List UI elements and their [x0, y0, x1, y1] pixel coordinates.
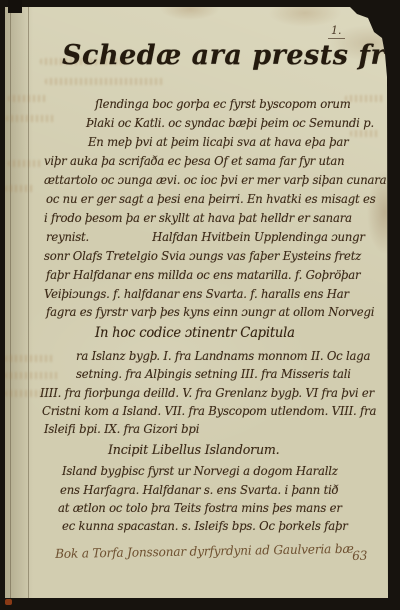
manuscript-line: sonr Olafs Tretelgio Svia ɔungs vas faþe… [44, 249, 361, 263]
manuscript-line: Island bygþisc fyrst ur Norvegi a dogom … [62, 464, 338, 478]
incipit-heading: Incipit Libellus Islandorum. [108, 443, 279, 458]
capitula-heading: In hoc codice ɔtinentr Capitula [95, 325, 295, 341]
folio-number: 1. [328, 24, 345, 39]
manuscript-line: at ætlon oc tolo þra Teits fostra mins þ… [58, 501, 342, 515]
manuscript-line: reynist. Halfdan Hvitbein Upplendinga ɔu… [46, 230, 365, 244]
bleedthrough-mark [6, 115, 56, 122]
photo-edge-notch [8, 0, 22, 13]
bleedthrough-mark [8, 160, 42, 167]
manuscript-line: viþr auka þa scrifaða ec þesa Of et sama… [44, 154, 344, 168]
manuscript-line: i frodo þesom þa er skyllt at hava þat h… [44, 211, 352, 225]
page-title: Schedæ ara prests froda [62, 40, 400, 71]
provenance-number: 63 [352, 548, 367, 563]
manuscript-line: Þlaki oc Katli. oc syndac bæþi þeim oc S… [86, 116, 374, 130]
manuscript-line: ec kunna spacastan. s. Isleifs bps. Oc þ… [62, 519, 348, 533]
capitula-line: Isleifi bpi. IX. fra Gizori bpi [44, 422, 199, 436]
manuscript-line: oc nu er ger sagt a þesi ena þeirri. En … [46, 192, 375, 206]
parchment-page: 1. Schedæ ara prests froda ſlendinga boc… [5, 7, 390, 598]
bleedthrough-mark [5, 390, 45, 397]
capitula-line: ra Islanz bygþ. I. fra Landnams monnom I… [76, 349, 370, 363]
capitula-line: setning. fra Alþingis setning III. fra M… [76, 367, 351, 381]
bleedthrough-mark [45, 78, 165, 85]
manuscript-line: ættartolo oc ɔunga ævi. oc ioc þvi er me… [44, 173, 386, 187]
bleedthrough-mark [8, 95, 48, 102]
bleedthrough-mark [5, 372, 60, 379]
red-mark [5, 599, 12, 605]
manuscript-line: Veiþiɔungs. f. halfdanar ens Svarta. f. … [44, 287, 349, 301]
bleedthrough-mark [5, 185, 35, 192]
manuscript-line: ens Harfagra. Halfdanar s. ens Svarta. i… [60, 483, 338, 497]
bleedthrough-mark [345, 95, 385, 102]
manuscript-line: faþr Halfdanar ens millda oc ens mataril… [46, 268, 360, 282]
bleedthrough-mark [350, 130, 380, 137]
bleedthrough-mark [5, 355, 55, 362]
capitula-line: IIII. fra fiorþunga deilld. V. fra Grenl… [40, 386, 374, 400]
manuscript-line: fagra es fyrstr varþ þes kyns einn ɔungr… [46, 305, 374, 319]
manuscript-photo: 1. Schedæ ara prests froda ſlendinga boc… [0, 0, 400, 610]
manuscript-line: ſlendinga boc gorþa ec fyrst byscopom or… [95, 97, 351, 111]
capitula-line: Cristni kom a Island. VII. fra Byscopom … [42, 404, 376, 418]
manuscript-line: En meþ þvi at þeim licaþi sva at hava eþ… [88, 135, 348, 149]
provenance-note: Bok a Torfa Jonssonar dyrfyrdyni ad Gaul… [55, 541, 354, 561]
